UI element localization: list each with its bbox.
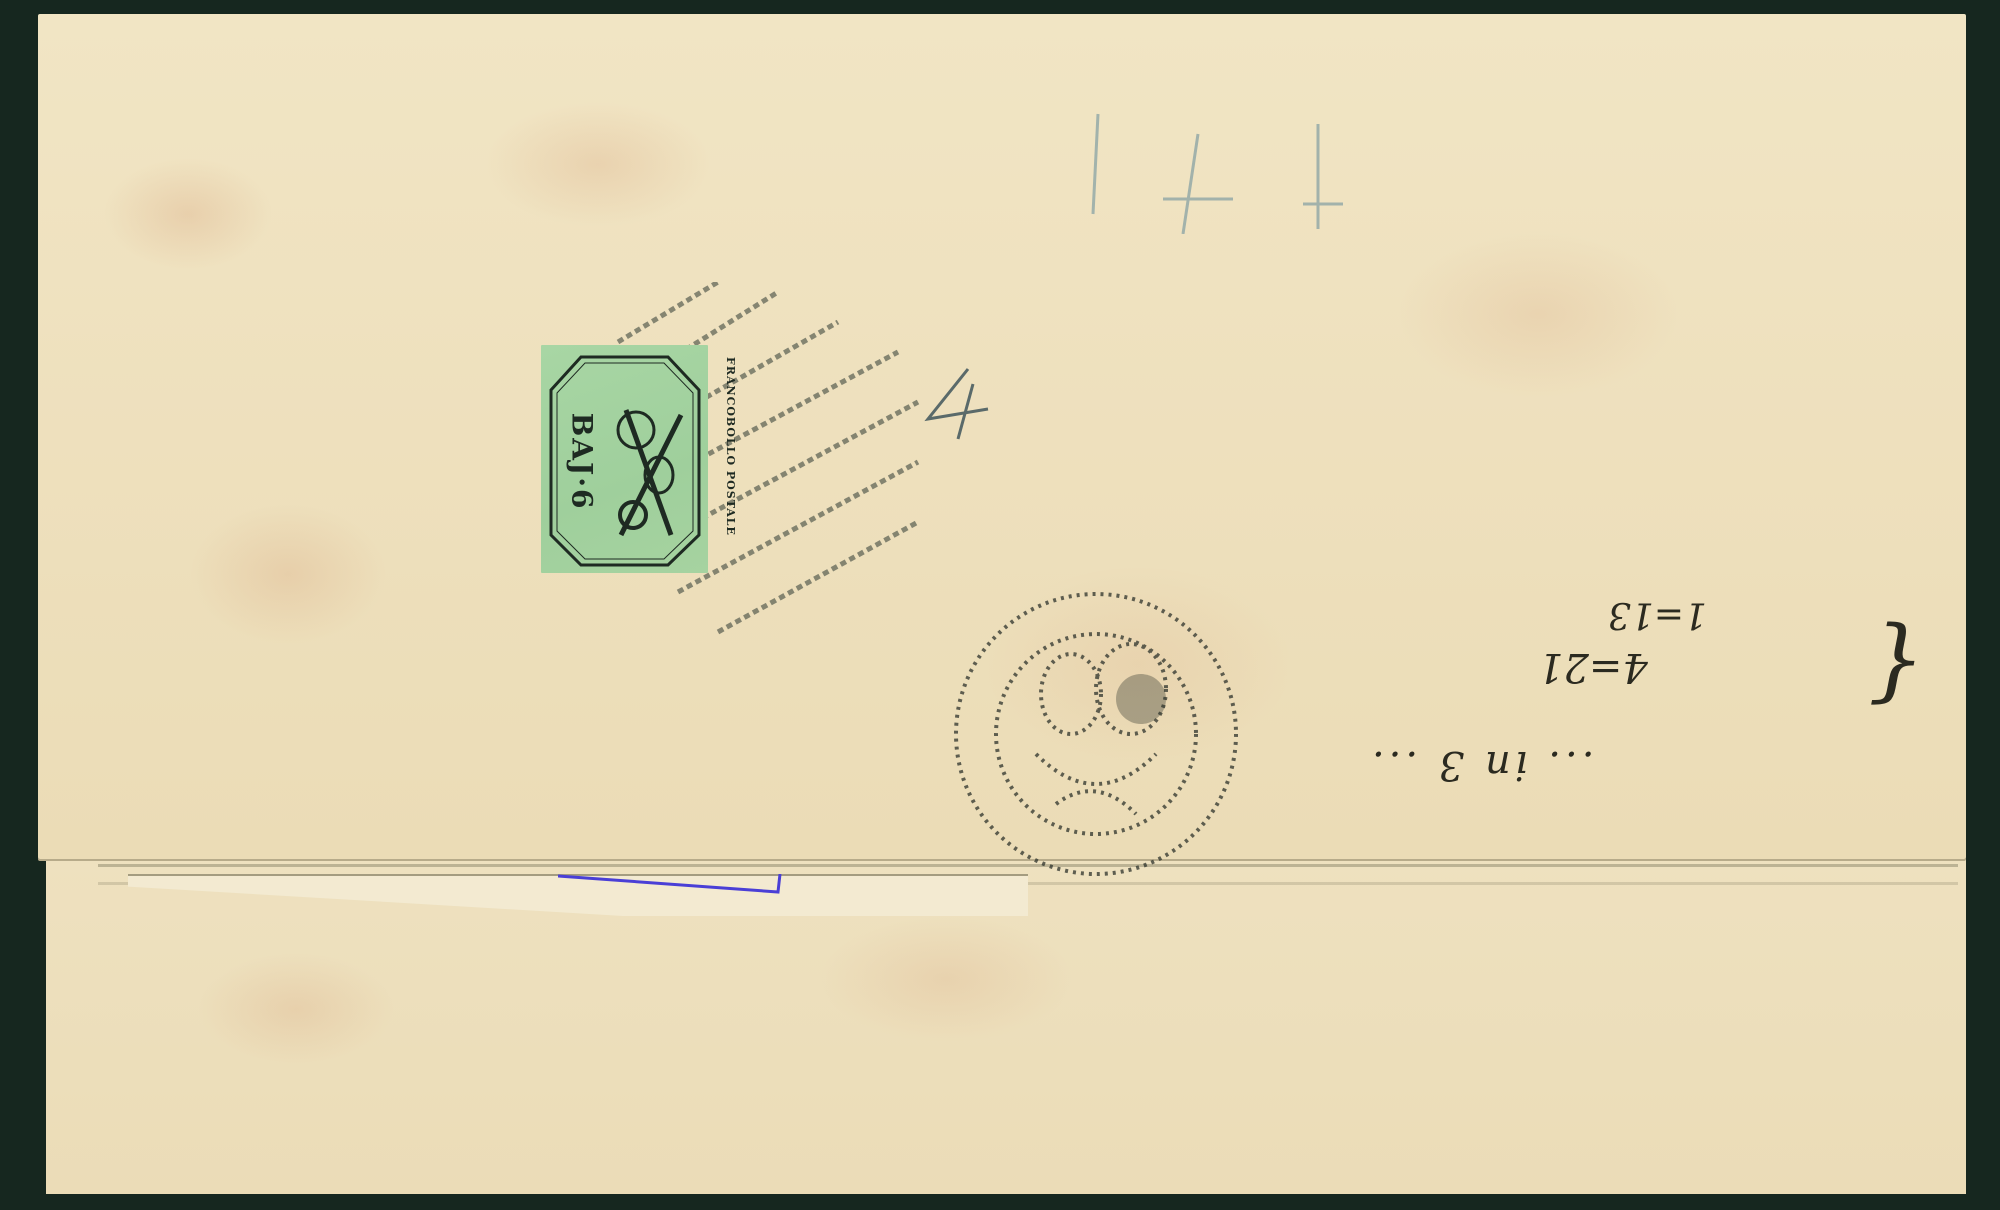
handwritten-brace: {: [1868, 614, 1925, 719]
pencil-notation: [1068, 104, 1348, 234]
purple-pencil-mark: [558, 874, 788, 896]
handwritten-note: 1=13: [1608, 594, 1707, 635]
stamp-value: BAJ·6: [565, 413, 598, 511]
stamp-inscription: FRANCOBOLLO POSTALE: [724, 357, 737, 536]
handwritten-note: 4=21: [1538, 644, 1648, 690]
circular-postmark: [936, 574, 1256, 894]
handwritten-note: ... in 3 ...: [1368, 742, 1594, 788]
pencil-numeral: [908, 364, 1008, 444]
postage-stamp: BAJ·6 FRANCOBOLLO POSTALE: [541, 345, 708, 573]
letter-cover: BAJ·6 FRANCOBOLLO POSTALE 1=13 4=21 ...: [38, 14, 1968, 1194]
